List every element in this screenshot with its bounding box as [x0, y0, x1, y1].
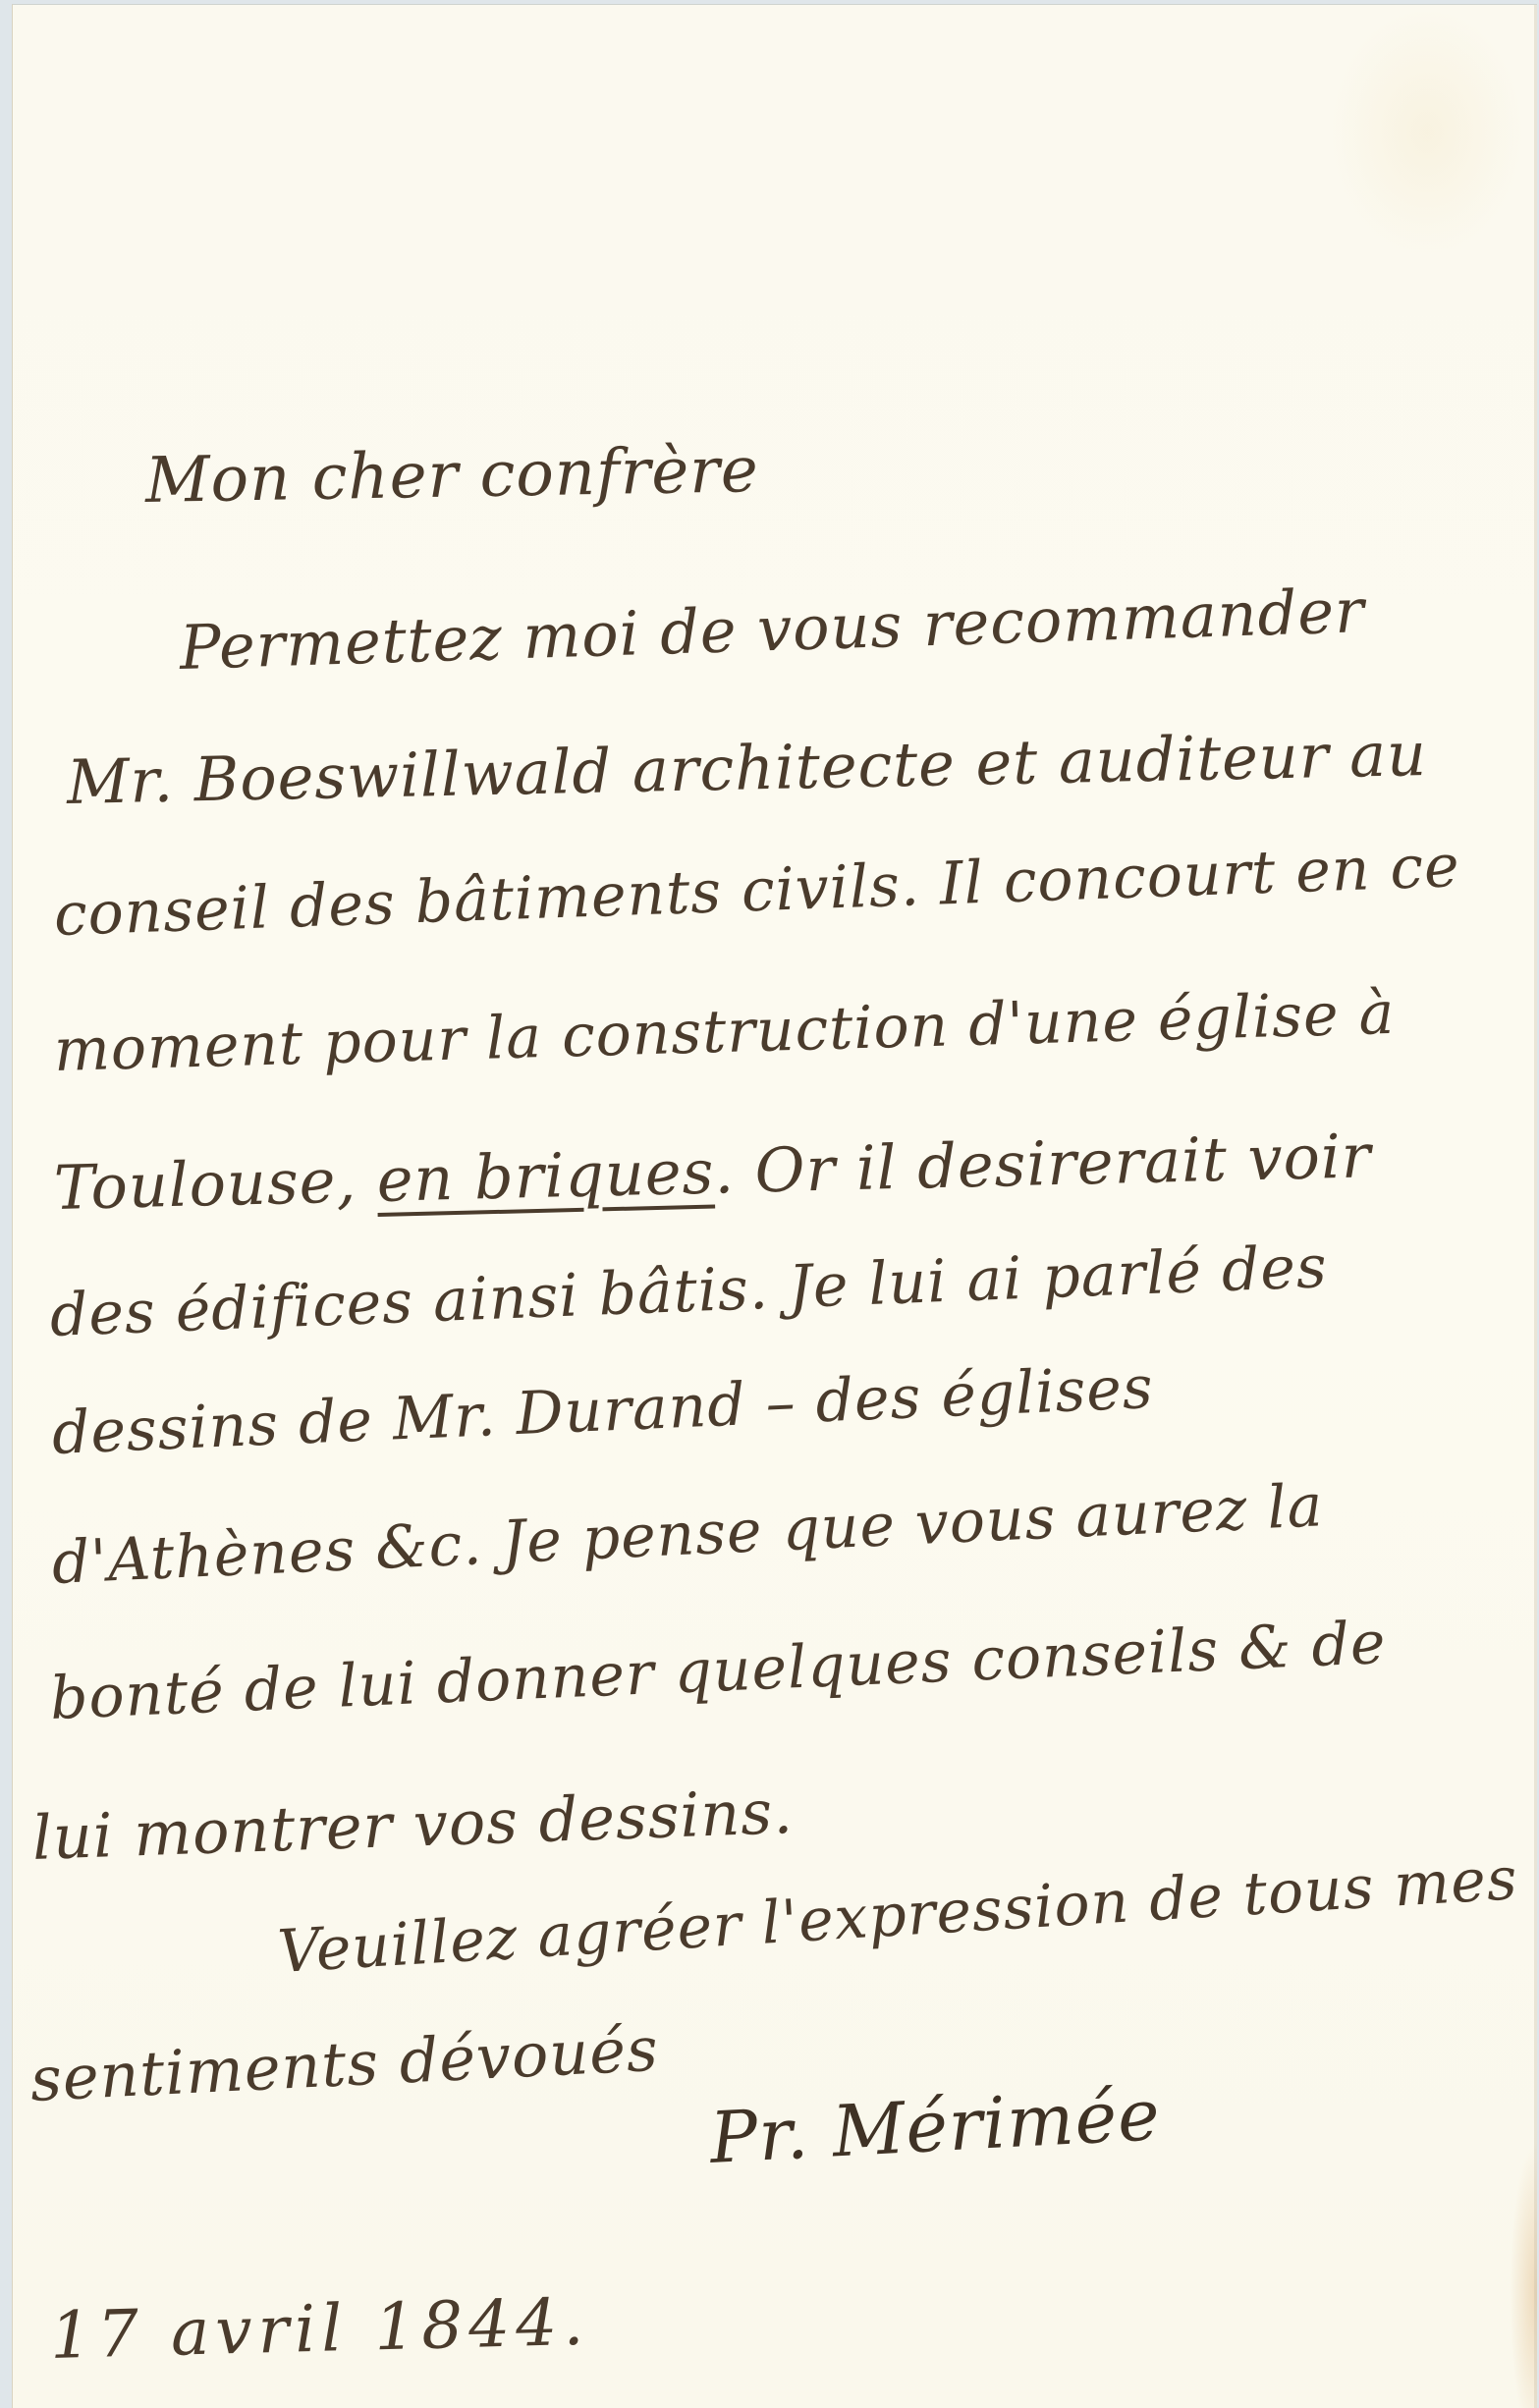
body-line-9: bonté de lui donner quelques conseils & …: [49, 1609, 1388, 1733]
salutation: Mon cher confrère: [144, 434, 759, 518]
body-line-2: Mr. Boeswillwald architecte et auditeur …: [66, 718, 1427, 818]
body-line-5-start: Toulouse,: [53, 1144, 357, 1224]
body-line-7: dessins de Mr. Durand – des églises: [51, 1353, 1155, 1468]
closing-line-2: sentiments dévoués: [28, 2013, 660, 2115]
body-line-8: d'Athènes &c. Je pense que vous aurez la: [50, 1471, 1324, 1598]
signature: Pr. Mérimée: [708, 2073, 1163, 2179]
body-line-1: Permettez moi de vous recommander: [179, 575, 1366, 684]
body-line-10: lui montrer vos dessins.: [31, 1776, 795, 1874]
body-line-5-end: . Or il desirerait voir: [713, 1120, 1372, 1207]
body-line-4: moment pour la construction d'une église…: [53, 979, 1396, 1085]
body-line-5: Toulouse, en briques. Or il desirerait v…: [53, 1120, 1372, 1224]
underlined-phrase: en briques: [376, 1136, 715, 1216]
letter-page: Mon cher confrère Permettez moi de vous …: [12, 4, 1537, 2408]
letter-date: 17 avril 1844.: [49, 2284, 590, 2374]
body-line-3: conseil des bâtiments civils. Il concour…: [53, 832, 1461, 950]
body-line-6: des édifices ainsi bâtis. Je lui ai parl…: [49, 1232, 1329, 1350]
closing-line-1: Veuillez agréer l'expression de tous mes: [276, 1844, 1519, 1987]
